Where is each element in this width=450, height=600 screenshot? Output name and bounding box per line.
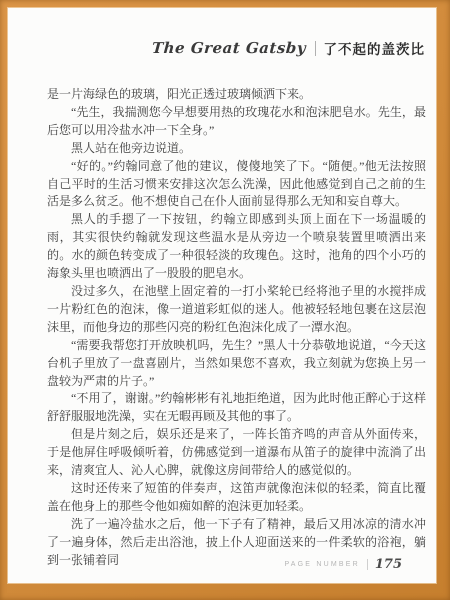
paragraph: 没过多久，在池壁上固定着的一打小桨轮已经将池子里的水搅拌成一片粉红色的泡沫，像一… bbox=[47, 283, 426, 337]
book-title-chinese: 了不起的盖茨比 bbox=[324, 38, 426, 58]
page-header: The Great Gatsby 了不起的盖茨比 bbox=[152, 38, 425, 58]
paragraph: 黑人的手摁了一下按钮，约翰立即感到头顶上面在下一场温暖的雨，其实很快约翰就发现这… bbox=[47, 211, 426, 283]
page-footer: PAGE NUMBER 175 bbox=[284, 557, 402, 572]
paragraph: 这时还传来了短笛的伴奏声，这笛声就像泡沫似的轻柔，简直比覆盖在他身上的那些令他如… bbox=[47, 480, 426, 516]
header-divider bbox=[315, 41, 316, 56]
paragraph: “好的。”约翰同意了他的建议，傻傻地笑了下。“随便。”他无法按照自己平时的生活习… bbox=[47, 158, 426, 212]
page-number-label: PAGE NUMBER bbox=[284, 561, 359, 568]
page-number-value: 175 bbox=[375, 557, 402, 572]
paragraph: 但是片刻之后，娱乐还是来了，一阵长笛齐鸣的声音从外面传来，于是他屏住呼吸倾听着，… bbox=[47, 426, 426, 480]
paragraph: “不用了，谢谢。”约翰彬彬有礼地拒绝道，因为此时他正醉心于这样舒舒服服地洗澡，实… bbox=[47, 390, 426, 426]
paragraph: 黑人站在他旁边说道。 bbox=[47, 140, 426, 158]
book-page: The Great Gatsby 了不起的盖茨比 是一片海绿色的玻璃，阳光正透过… bbox=[8, 8, 436, 583]
book-page-frame: The Great Gatsby 了不起的盖茨比 是一片海绿色的玻璃，阳光正透过… bbox=[0, 0, 450, 600]
footer-divider bbox=[367, 559, 368, 570]
paragraph: “先生，我揣测您今早想要用热的玫瑰花水和泡沫肥皂水。先生，最后您可以用冷盐水冲一… bbox=[47, 104, 426, 140]
book-title-english: The Great Gatsby bbox=[152, 39, 307, 57]
paragraph: “需要我帮您打开放映机吗，先生？”黑人十分恭敬地说道，“今天这台机子里放了一盘喜… bbox=[47, 337, 426, 391]
page-body-text: 是一片海绿色的玻璃，阳光正透过玻璃倾洒下来。 “先生，我揣测您今早想要用热的玫瑰… bbox=[47, 86, 426, 569]
paragraph: 是一片海绿色的玻璃，阳光正透过玻璃倾洒下来。 bbox=[47, 86, 426, 104]
